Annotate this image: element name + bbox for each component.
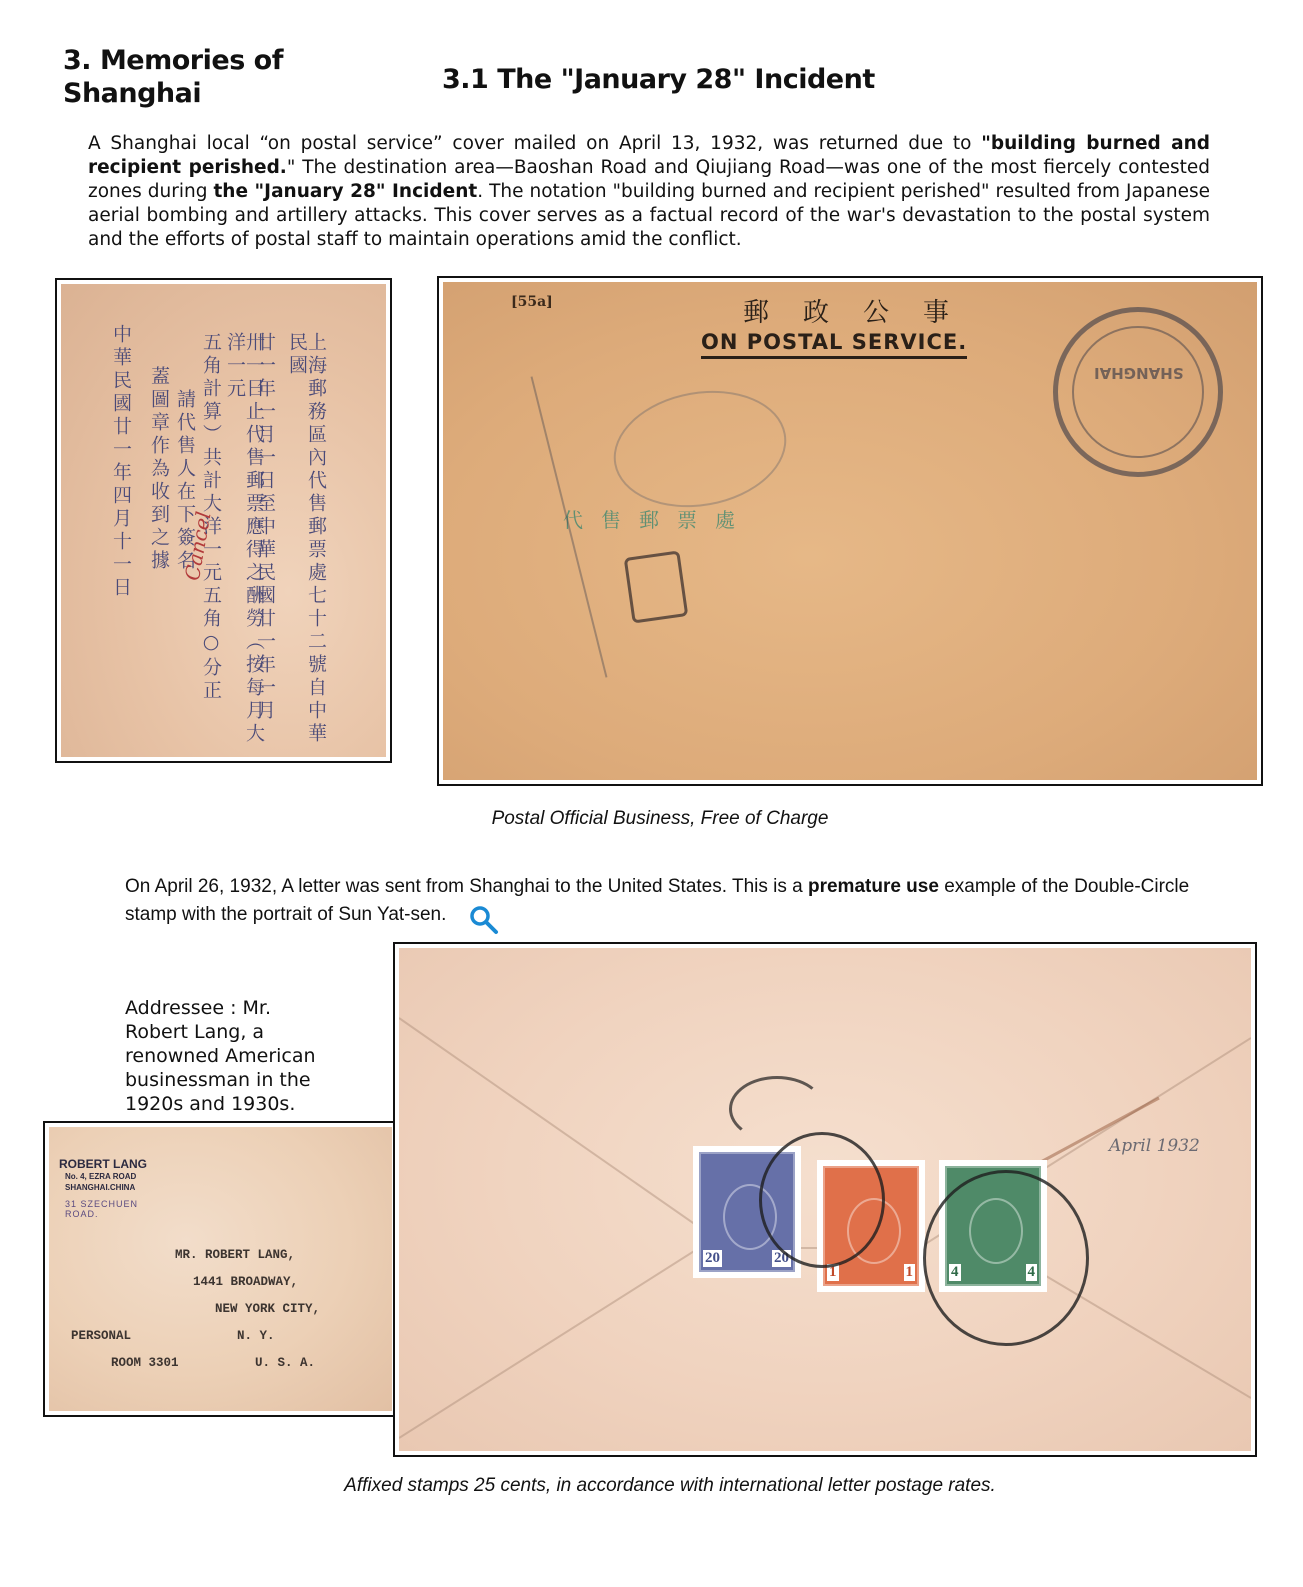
address-line: 1441 BROADWAY, bbox=[193, 1275, 298, 1289]
caption-back-cover: Affixed stamps 25 cents, in accordance w… bbox=[0, 1475, 1303, 1497]
personal-mark: PERSONAL bbox=[71, 1329, 131, 1343]
payment-letter-image: 上海郵務區內代售郵票處七十二號自中華民國 廿一年一月一日至中華民國廿一年一月 卅… bbox=[61, 284, 386, 757]
return-chop bbox=[624, 550, 689, 623]
sender-line: No. 4, EZRA ROAD bbox=[59, 1171, 147, 1182]
lang-cover-image: ROBERT LANG No. 4, EZRA ROAD SHANGHAI.CH… bbox=[49, 1127, 392, 1411]
back-cover-frame: 20 20 1 1 4 4 April 1932 bbox=[393, 942, 1257, 1457]
letter-column: 中華民國廿一年四月十一日 bbox=[111, 324, 130, 600]
sender-block: ROBERT LANG No. 4, EZRA ROAD SHANGHAI.CH… bbox=[59, 1157, 147, 1193]
letter-image-frame: 上海郵務區內代售郵票處七十二號自中華民國 廿一年一月一日至中華民國廿一年一月 卅… bbox=[55, 278, 392, 763]
intro-text-1: A Shanghai local “on postal service” cov… bbox=[88, 133, 981, 154]
sender-line: SHANGHAI.CHINA bbox=[59, 1182, 147, 1193]
chinese-heading: 郵政公事 bbox=[743, 292, 983, 329]
green-chop: 代售郵票處 bbox=[563, 504, 753, 533]
address-line: MR. ROBERT LANG, bbox=[175, 1248, 295, 1262]
lang-cover-frame: ROBERT LANG No. 4, EZRA ROAD SHANGHAI.CH… bbox=[43, 1121, 398, 1417]
english-heading: ON POSTAL SERVICE. bbox=[701, 330, 967, 359]
shanghai-cancel bbox=[759, 1132, 885, 1268]
caption-official-cover: Postal Official Business, Free of Charge bbox=[0, 808, 1303, 830]
back-cover-image: 20 20 1 1 4 4 April 1932 bbox=[399, 948, 1251, 1451]
pencil-scrawl bbox=[604, 378, 795, 520]
second-paragraph: On April 26, 1932, A letter was sent fro… bbox=[125, 873, 1215, 929]
stamp-value: 20 bbox=[703, 1250, 722, 1267]
para2-text-1: On April 26, 1932, A letter was sent fro… bbox=[125, 876, 808, 897]
letter-column: 上海郵務區內代售郵票處七十二號自中華民國 bbox=[287, 332, 325, 757]
section-title: 3. Memories of Shanghai bbox=[63, 44, 323, 110]
address-line: U. S. A. bbox=[255, 1356, 315, 1370]
subsection-title: 3.1 The "January 28" Incident bbox=[442, 64, 875, 95]
official-cover-image: [55a] 郵政公事 ON POSTAL SERVICE. SHANGHAI 代… bbox=[443, 282, 1257, 780]
sender-name: ROBERT LANG bbox=[59, 1157, 147, 1171]
letter-column: 卅一日止代售郵票應得之酬勞（按每月大洋一元 bbox=[225, 332, 263, 757]
letter-column: 蓋圖章作為收到之據 bbox=[149, 366, 168, 573]
official-cover-frame: [55a] 郵政公事 ON POSTAL SERVICE. SHANGHAI 代… bbox=[437, 276, 1263, 786]
address-line: N. Y. bbox=[237, 1329, 275, 1343]
address-line: NEW YORK CITY, bbox=[215, 1302, 320, 1316]
postmark-text: SHANGHAI bbox=[1094, 364, 1184, 382]
intro-bold-2: the "January 28" Incident bbox=[213, 181, 477, 202]
stamp-value: 1 bbox=[904, 1264, 916, 1281]
addressee-note: Addressee : Mr. Robert Lang, a renowned … bbox=[125, 996, 325, 1116]
handwritten-date: April 1932 bbox=[1109, 1136, 1200, 1156]
shanghai-postmark: SHANGHAI bbox=[1053, 307, 1223, 477]
sender-stamp: 31 SZECHUEN ROAD. bbox=[59, 1193, 167, 1325]
para2-bold: premature use bbox=[808, 876, 939, 897]
intro-paragraph: A Shanghai local “on postal service” cov… bbox=[88, 132, 1210, 252]
room-number: ROOM 3301 bbox=[111, 1356, 179, 1370]
magnifier-icon[interactable] bbox=[469, 905, 499, 935]
form-code: [55a] bbox=[511, 294, 553, 310]
shanghai-cancel bbox=[923, 1170, 1089, 1346]
